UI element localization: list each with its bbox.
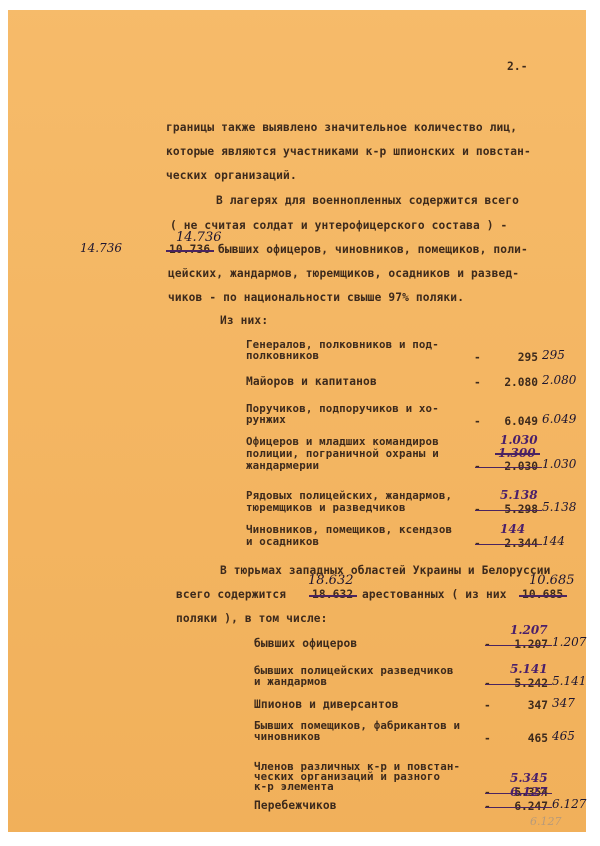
prisons-item-correction-right: 1.207	[552, 636, 586, 648]
prisons-item-correction-above: 5.345	[510, 772, 548, 784]
prisons-poles-struck: 10.685	[522, 589, 563, 601]
prisons-total-correction: 18.632	[308, 575, 354, 587]
camps-total-struck: 10.736	[169, 244, 210, 256]
prisons-item-correction-right: 347	[552, 697, 575, 709]
prisons-line-4: поляки ), в том числе:	[176, 613, 327, 625]
camps-item-correction-above: 1.030	[500, 434, 538, 446]
prisons-item-correction-right: 6.127	[552, 798, 586, 810]
pencil-note: 6.127	[530, 816, 562, 828]
camps-item-label: рунжих	[246, 415, 286, 425]
prisons-item-label: Шпионов и диверсантов	[254, 699, 399, 711]
camps-item-correction-above: 5.138	[500, 489, 538, 501]
prisons-item-correction-above: 5.141	[510, 663, 548, 675]
prisons-item-label: чиновников	[254, 732, 321, 742]
camps-subheading: Из них:	[220, 315, 268, 327]
camps-item-label: Чиновников, помещиков, ксендзов	[246, 525, 452, 535]
prisons-line-3: арестованных ( из них	[362, 589, 507, 601]
camps-line-1: В лагерях для военнопленных содержится в…	[216, 195, 519, 207]
prisons-item-correction-above: 6.127	[510, 786, 548, 798]
camps-item-label: Рядовых полицейских, жандармов,	[246, 491, 452, 501]
prisons-item-correction-right: 5.141	[552, 675, 586, 687]
camps-item-label: и осадников	[246, 537, 319, 547]
camps-item-label: Офицеров и младших командиров	[246, 437, 439, 447]
prisons-item-typed-value: 1.207	[488, 638, 548, 651]
margin-note-total: 14.736	[80, 242, 122, 254]
camps-item-label: полковников	[246, 351, 319, 361]
camps-item-typed-value: 2.030	[478, 460, 538, 473]
camps-item-typed-value: 2.080	[478, 376, 538, 389]
prisons-item-label: к-р элемента	[254, 782, 334, 792]
intro-line-3: ческих организаций.	[166, 170, 297, 182]
prisons-item-typed-value: 465	[488, 732, 548, 745]
prisons-item-correction-right: 465	[552, 730, 575, 742]
camps-item-correction-above: 144	[500, 523, 525, 535]
camps-item-label: Майоров и капитанов	[246, 376, 377, 388]
prisons-item-correction-above: 1.207	[510, 624, 548, 636]
prisons-item-typed-value: 6.247	[488, 800, 548, 813]
prisons-item-label: Перебежчиков	[254, 800, 337, 812]
prisons-line-1: В тюрьмах западных областей Украины и Бе…	[220, 565, 551, 577]
prisons-item-label: бывших офицеров	[254, 638, 357, 650]
camps-item-label: полиции, пограничной охраны и	[246, 449, 439, 459]
page-number: 2.-	[507, 61, 528, 73]
camps-item-correction-right: 295	[542, 349, 565, 361]
prisons-poles-correction: 10.685	[529, 575, 575, 587]
camps-item-typed-value: 295	[478, 351, 538, 364]
camps-item-correction-right: 2.080	[542, 374, 576, 386]
prisons-item-typed-value: 5.242	[488, 677, 548, 690]
camps-item-label: тюремщиков и разведчиков	[246, 503, 406, 513]
camps-item-correction-right: 1.030	[542, 458, 576, 470]
camps-item-correction-right: 144	[542, 535, 565, 547]
prisons-line-2: всего содержится	[176, 589, 286, 601]
camps-line-4: цейских, жандармов, тюремщиков, осаднико…	[168, 268, 519, 280]
prisons-item-typed-value: 347	[488, 699, 548, 712]
prisons-item-label: и жандармов	[254, 677, 327, 687]
camps-item-correction-right: 6.049	[542, 413, 576, 425]
camps-item-typed-value: 2.344	[478, 537, 538, 550]
camps-item-correction-right: 5.138	[542, 501, 576, 513]
camps-item-typed-value: 6.049	[478, 415, 538, 428]
camps-line-5: чиков - по национальности свыше 97% поля…	[168, 292, 464, 304]
document-page: 2.- границы также выявлено значительное …	[8, 10, 586, 832]
intro-line-2: которые являются участниками к-р шпионск…	[166, 146, 531, 158]
camps-line-3: бывших офицеров, чиновников, помещиков, …	[218, 244, 528, 256]
intro-line-1: границы также выявлено значительное коли…	[166, 122, 517, 134]
camps-item-label: жандармерии	[246, 461, 319, 471]
camps-item-typed-value: 5.298	[478, 503, 538, 516]
prisons-total-struck: 18.632	[312, 589, 353, 601]
camps-item-correction-struck: 1.300	[498, 447, 536, 459]
